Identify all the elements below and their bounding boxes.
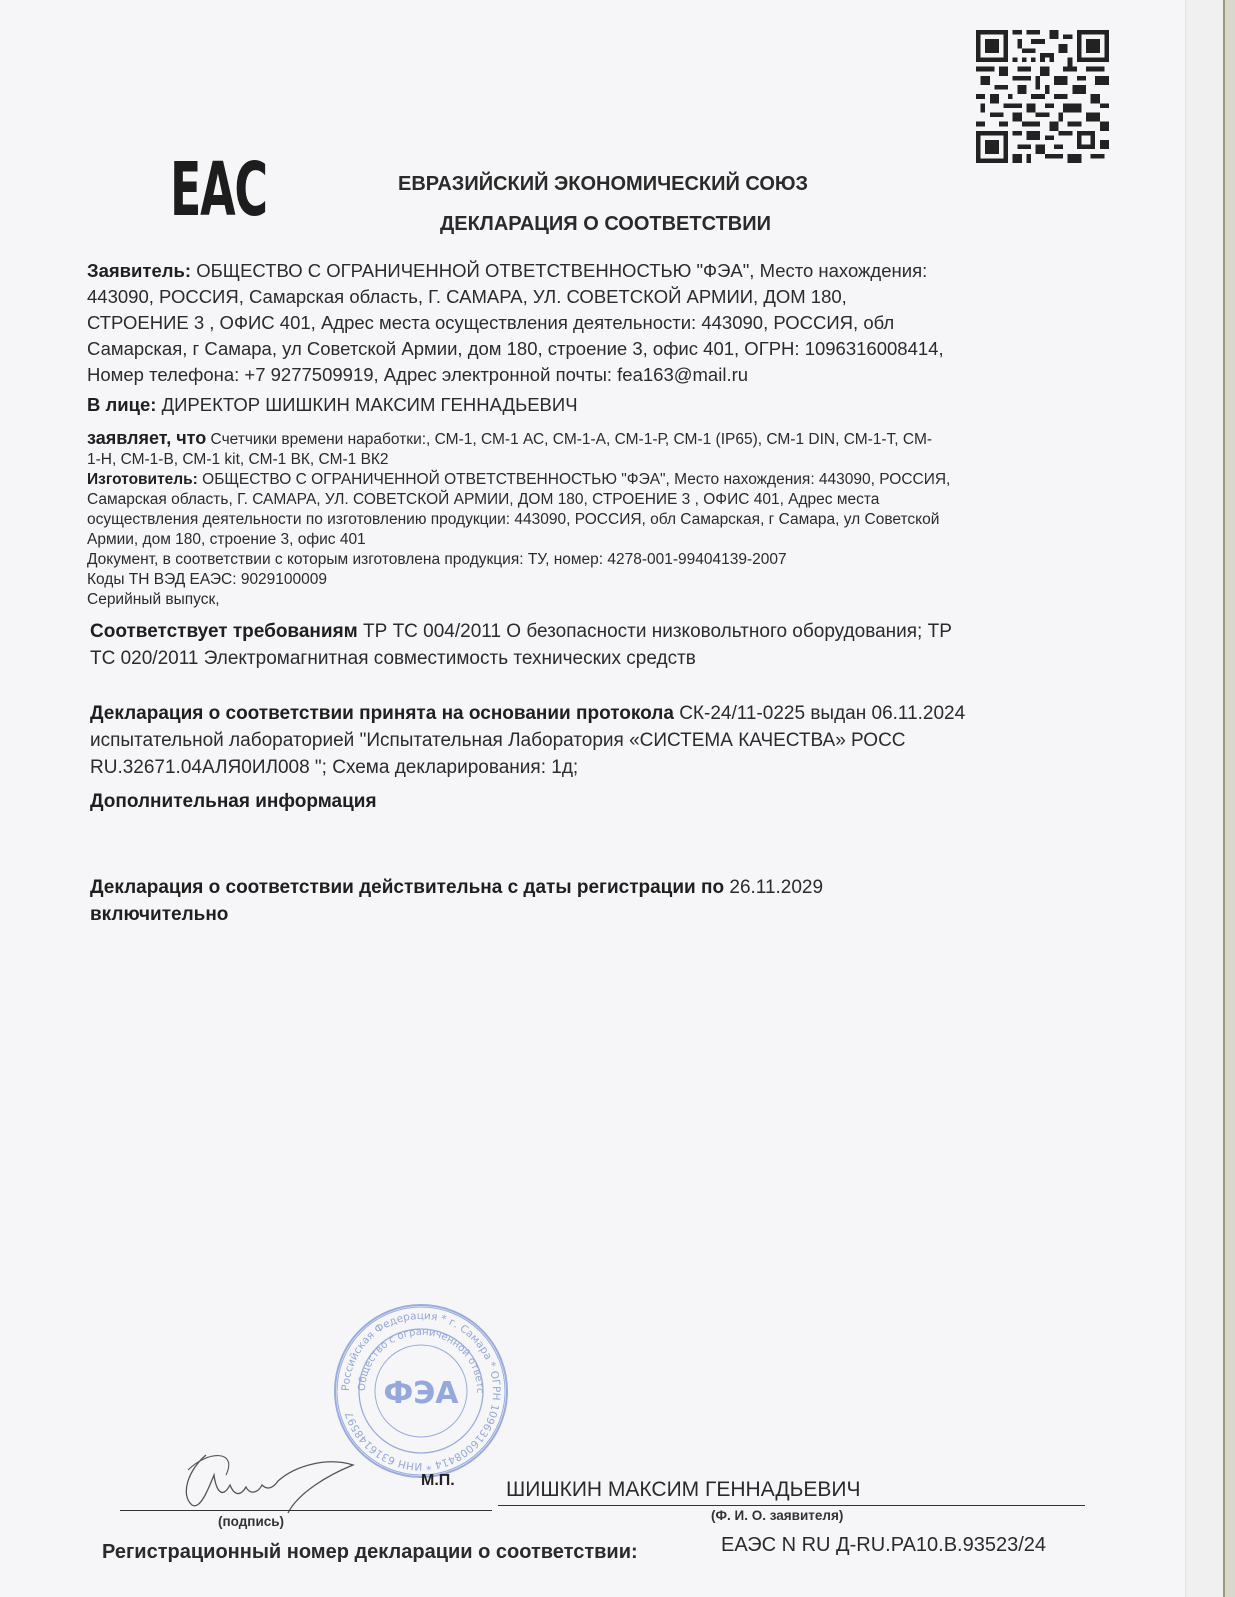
signatory-name: ШИШКИН МАКСИМ ГЕННАДЬЕВИЧ (506, 1478, 861, 1502)
manufacturer-line: Самарская область, Г. САМАРА, УЛ. СОВЕТС… (87, 490, 1097, 510)
registration-number: ЕАЭС N RU Д-RU.PA10.B.93523/24 (721, 1534, 1046, 1557)
product-list-cont: 1-Н, СМ-1-В, СМ-1 kit, СМ-1 ВК, СМ-1 ВК2 (87, 450, 1097, 470)
name-line (498, 1505, 1085, 1506)
laboratory-cont: RU.32671.04АЛЯ0ИЛ008 "; Схема деклариров… (90, 754, 1100, 781)
svg-text:ФЭА: ФЭА (384, 1376, 460, 1411)
product-list: Счетчики времени наработки:, СМ-1, СМ-1 … (206, 431, 932, 448)
representative-section: В лице: ДИРЕКТОР ШИШКИН МАКСИМ ГЕННАДЬЕВ… (87, 392, 1097, 418)
manufacturer-line: ОБЩЕСТВО С ОГРАНИЧЕННОЙ ОТВЕТСТВЕННОСТЬЮ… (198, 471, 951, 488)
product-section: заявляет, что Счетчики времени наработки… (87, 428, 1097, 610)
applicant-line: СТРОЕНИЕ 3 , ОФИС 401, Адрес места осуще… (87, 310, 1097, 336)
applicant-label: Заявитель: (87, 260, 191, 281)
applicant-line: ОБЩЕСТВО С ОГРАНИЧЕННОЙ ОТВЕТСТВЕННОСТЬЮ… (191, 260, 927, 281)
protocol-number: СК-24/11-0225 выдан 06.11.2024 (674, 703, 965, 724)
declares-label: заявляет, что (87, 428, 206, 448)
validity-inclusive: включительно (90, 904, 228, 925)
serial-production: Серийный выпуск, (87, 590, 1097, 610)
applicant-line: Самарская, г Самара, ул Советской Армии,… (87, 336, 1097, 362)
manufacturer-line: осуществления деятельности по изготовлен… (87, 510, 1097, 530)
manufacturer-line: Армии, дом 180, строение 3, офис 401 (87, 530, 1097, 550)
applicant-line: 443090, РОССИЯ, Самарская область, Г. СА… (87, 284, 1097, 310)
applicant-line: Номер телефона: +7 9277509919, Адрес эле… (87, 362, 1097, 388)
basis-section: Декларация о соответствии принята на осн… (90, 700, 1100, 781)
declaration-page: ЕАС ЕВРАЗИЙСКИЙ ЭКОНОМИЧЕСКИЙ СОЮЗ ДЕКЛА… (0, 0, 1185, 1597)
eac-logo: ЕАС (170, 150, 223, 230)
scan-border (1223, 0, 1235, 1597)
validity-section: Декларация о соответствии действительна … (90, 874, 1100, 928)
union-heading: ЕВРАЗИЙСКИЙ ЭКОНОМИЧЕСКИЙ СОЮЗ (398, 173, 808, 196)
requirements-value: ТР ТС 004/2011 О безопасности низковольт… (358, 621, 952, 642)
representative-label: В лице: (87, 394, 156, 415)
page-edge (1185, 0, 1224, 1597)
qr-code-icon (976, 30, 1109, 163)
manufacturer-label: Изготовитель: (87, 471, 198, 488)
requirements-label: Соответствует требованиям (90, 621, 358, 642)
signature-line (120, 1510, 492, 1511)
name-label: (Ф. И. О. заявителя) (711, 1508, 843, 1523)
laboratory: испытательной лабораторией "Испытательна… (90, 727, 1100, 754)
validity-date: 26.11.2029 (724, 877, 823, 898)
stamp-mark: М.П. (421, 1472, 455, 1490)
registration-label: Регистрационный номер декларации о соотв… (102, 1541, 638, 1564)
representative-value: ДИРЕКТОР ШИШКИН МАКСИМ ГЕННАДЬЕВИЧ (156, 394, 577, 415)
requirements-section: Соответствует требованиям ТР ТС 004/2011… (90, 618, 1100, 672)
applicant-section: Заявитель: ОБЩЕСТВО С ОГРАНИЧЕННОЙ ОТВЕТ… (87, 258, 1097, 388)
validity-label: Декларация о соответствии действительна … (90, 877, 724, 898)
tn-ved-code: Коды ТН ВЭД ЕАЭС: 9029100009 (87, 570, 1097, 590)
additional-info-label: Дополнительная информация (90, 791, 377, 812)
requirements-value-cont: ТС 020/2011 Электромагнитная совместимос… (90, 645, 1100, 672)
signature-mark (178, 1445, 378, 1515)
product-document: Документ, в соответствии с которым изгот… (87, 550, 1097, 570)
signature-label: (подпись) (218, 1514, 284, 1529)
document-title: ДЕКЛАРАЦИЯ О СООТВЕТСТВИИ (440, 213, 771, 236)
additional-info-section: Дополнительная информация (90, 788, 1100, 815)
basis-label: Декларация о соответствии принята на осн… (90, 703, 674, 724)
